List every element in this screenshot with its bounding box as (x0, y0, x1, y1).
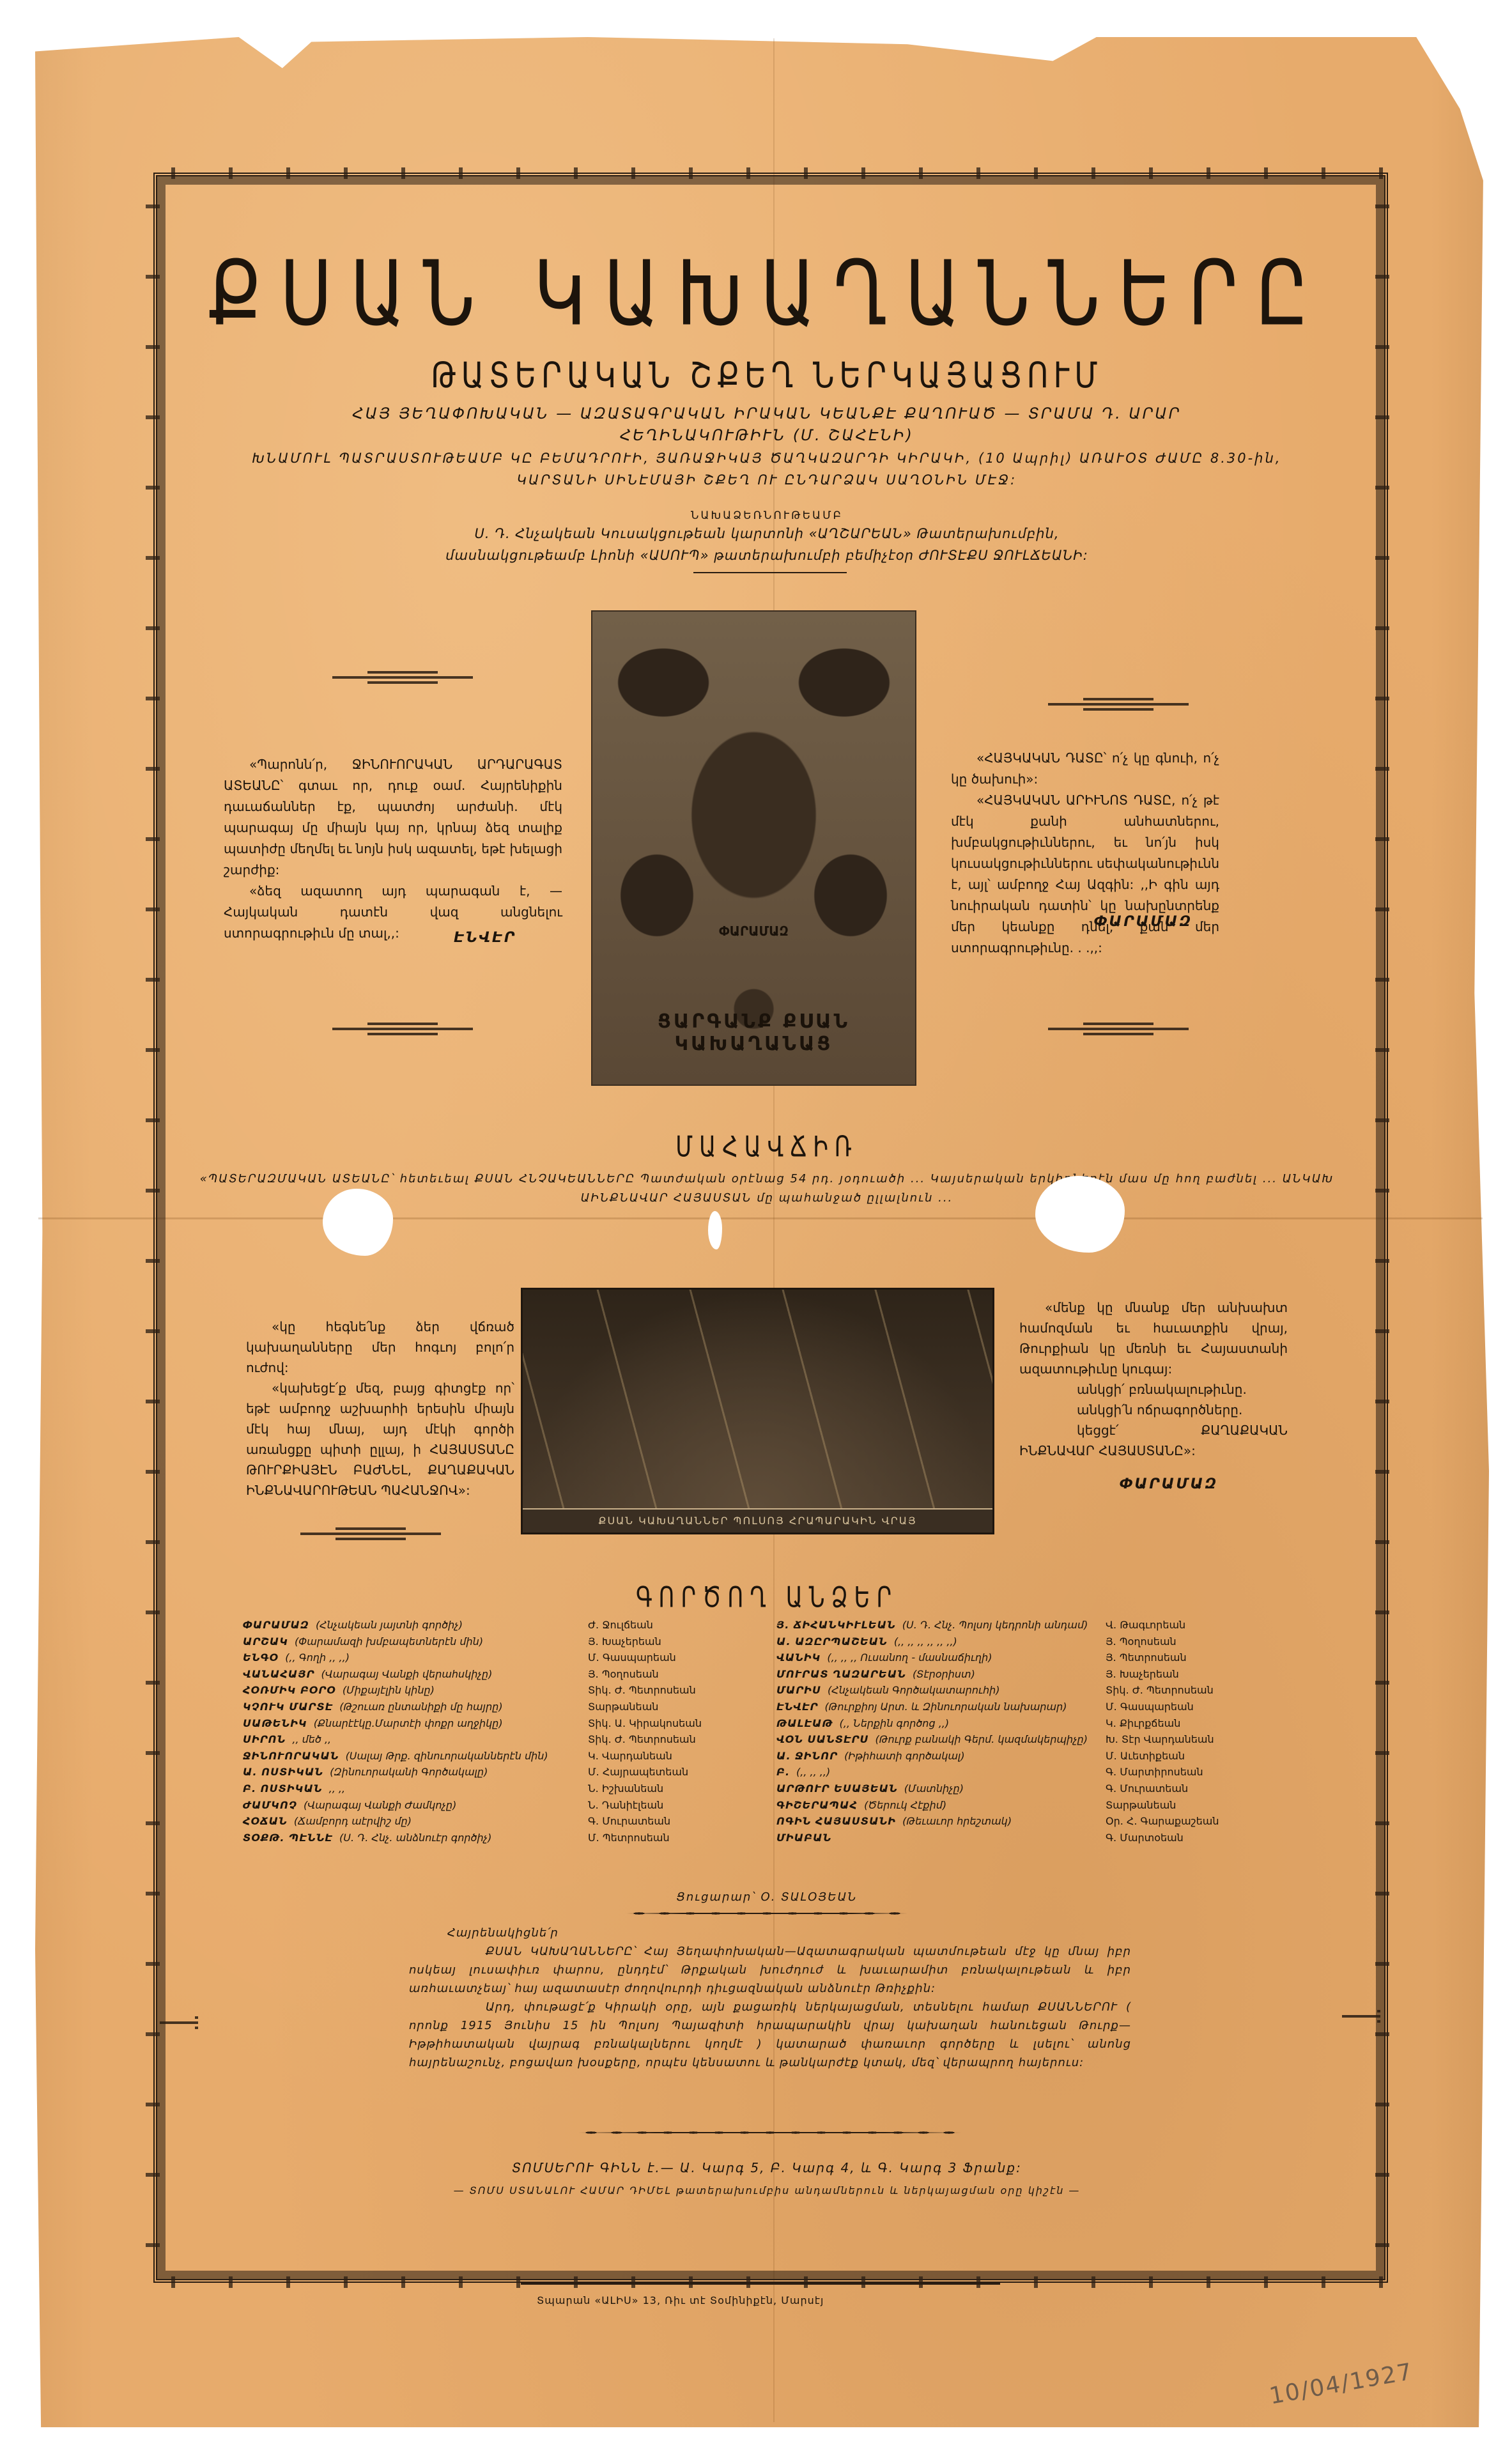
cast-role: ՏՕՔԹ. ՊԷՆՆԷ(Ս. Դ. Հնչ. անձնուէր գործիչ) (243, 1830, 588, 1846)
printer-imprint: Տպարան «ԱԼԻՍ» 13, Ռիւ տէ Տօմինիքէն, Մարս… (537, 2294, 824, 2306)
character-description: (Ծերուկ Հէքիմ) (864, 1799, 946, 1811)
character-description: (Ս. Դ. Հնչ. անձնուէր գործիչ) (339, 1832, 491, 1844)
cast-row: ՄԻԱԲԱՆԳ. Մարտօեան (776, 1830, 1219, 1846)
director-label: Ցուցարար՝ (677, 1890, 756, 1904)
actor-name: Մ. Գասպարեան (588, 1649, 676, 1666)
character-name: ԱՐՇԱԿ (243, 1635, 288, 1648)
actor-name: Գ. Մարտիրոսեան (1106, 1764, 1203, 1780)
genre-line-1: ՀԱՅ ՅԵՂԱՓՈԽԱԿԱՆ — ԱԶԱՏԱԳՐԱԿԱՆ ԻՐԱԿԱՆ ԿԵԱ… (153, 403, 1380, 424)
quote-top-left: «Պարոնն՛ր, ՋԻՆՈՒՈՐԱԿԱՆ ԱՐԴԱՐԱԳԱՏ ԱՏԵԱՆԸ՝… (224, 754, 562, 944)
character-name: ԷՆՎԷՐ (776, 1701, 818, 1713)
cast-heading: ԳՈՐԾՈՂ ԱՆՁԵՐ (153, 1581, 1380, 1614)
character-description: (Սալայ Թրք. զինուորականներէն մին) (346, 1750, 548, 1762)
cast-list-left: ՓԱՐԱՄԱԶ(Հնչակեան յայտնի գործիչ)Ժ. Ջուլճե… (243, 1617, 702, 1846)
character-description: ,, ,, (329, 1782, 345, 1795)
character-description: (Թուրք բանակի Գերմ. կազմակերպիչը) (875, 1733, 1088, 1745)
character-name: ԳԻՇԵՐԱՊԱՀ (776, 1799, 858, 1811)
cast-role: ՍԻՐՈՆ,, մեծ ,, (243, 1731, 588, 1748)
cast-role: ՀՕՃԱՆ(Ճամբորդ աէրվիշ մը) (243, 1813, 588, 1830)
cast-row: ԱՐՇԱԿ(Փարամազի խմբապետներէն մին)Յ. Խաչեր… (243, 1633, 702, 1650)
cast-role: ԵՆԳՕ(,, Գողի ,, ,,) (243, 1649, 588, 1666)
character-name: ԺԱՄԿՈՉ (243, 1799, 297, 1811)
character-description: (,, ,, ,,) (796, 1766, 830, 1778)
cast-role: ՄԻԱԲԱՆ (776, 1830, 1106, 1846)
character-name: ՀՕՌՄԻԿ ԲՕՐՕ (243, 1684, 336, 1696)
character-name: ՎԱՆԱՀԱՅՐ (243, 1668, 314, 1680)
torn-hole (708, 1211, 722, 1249)
character-description: (,, ,, ,, ,, ,, ,,) (894, 1635, 957, 1648)
actor-name: Ն. Դանիէլեան (588, 1797, 663, 1814)
cast-row: Ա. ՋԻՆՈՐ(Իթիհատի գործակալ)Մ. Աւետիքեան (776, 1748, 1219, 1765)
appeal-text: Հայրենակիցնե՛ր ՔՍԱՆ ԿԱԽԱՂԱՆՆԵՐԸ՝ Հայ Յեղ… (409, 1924, 1131, 2072)
cast-row: Յ. ՃԻՀԱՆԿԻՒԼԵԱՆ(Ս. Դ. Հնչ. Պոլսոյ կեդրոն… (776, 1617, 1219, 1633)
cast-row: Ա. ԱԶԸՐՊԱՇԵԱՆ(,, ,, ,, ,, ,, ,,)Յ. Պօղոս… (776, 1633, 1219, 1650)
quote-bottom-right: «մենք կը մնանք մեր անխախտ համոզման եւ հա… (1019, 1297, 1288, 1461)
character-name: Ա. ՋԻՆՈՐ (776, 1750, 838, 1762)
sponsors: Ս. Դ. Հնչակեան Կուսակցութեան կարտոնի «ԱՂ… (153, 523, 1380, 566)
portrait-collage-photo: ՓԱՐԱՄԱԶ ՑԱՐԳԱՆՔ ՔՍԱՆ ԿԱԽԱՂԱՆԱՑ (591, 610, 916, 1086)
character-name: Բ. (776, 1766, 790, 1778)
character-description: (Իթիհատի գործակալ) (844, 1750, 964, 1762)
flourish-divider (578, 2130, 962, 2135)
actor-name: Մ. Հայրապետեան (588, 1764, 688, 1780)
cast-row: Բ. ՈՍՏԻԿԱՆ,, ,,Ն. Իշխանեան (243, 1780, 702, 1797)
character-name: ՎԱՆԻԿ (776, 1651, 821, 1664)
actor-name: Գ. Մուրատեան (588, 1813, 670, 1830)
character-description: (Թշուառ ընտանիքի մը հայրը) (339, 1701, 502, 1713)
signature-paramaz: ՓԱՐԱՄԱԶ (1120, 1476, 1218, 1492)
dash-ornament (332, 1023, 473, 1035)
character-name: ՏՕՔԹ. ՊԷՆՆԷ (243, 1832, 333, 1844)
actor-name: Տիկ. Ժ. Պետրոսեան (588, 1731, 696, 1748)
gallows-photo: ՔՍԱՆ ԿԱԽԱՂԱՆՆԵՐ ՊՈԼՍՈՅ ՀՐԱՊԱՐԱԿԻՆ ՎՐԱՅ (521, 1288, 994, 1534)
ticket-prices: ՏՈՄՍԵՐՈՒ ԳԻՆՆ է.— Ա. Կարգ 5, Բ. Կարգ 4, … (153, 2160, 1380, 2175)
character-name: ՍԱԹԵՆԻԿ (243, 1717, 307, 1729)
character-name: ԱՐԹՈՒՐ ԵՍԱՅԵԱՆ (776, 1782, 898, 1795)
character-description: (,, Գողի ,, ,,) (285, 1651, 350, 1664)
cast-role: ԳԻՇԵՐԱՊԱՀ(Ծերուկ Հէքիմ) (776, 1797, 1106, 1814)
actor-name: Տիկ. Ա. Կիրակոսեան (588, 1715, 702, 1732)
cast-row: Ա. ՈՍՏԻԿԱՆ(Զինուորականի Գործակալը)Մ. Հայ… (243, 1764, 702, 1780)
character-description: ,, մեծ ,, (292, 1733, 331, 1745)
genre-line-2: ՀԵՂԻՆԱԿՈՒԹԻՒՆ (Մ. ՇԱՀԷՆԻ) (153, 424, 1380, 446)
cast-row: ՎԱՆԻԿ(,, ,, ,, Ուսանող - մասնաճիւղի)Յ. Պ… (776, 1649, 1219, 1666)
cast-row: ԷՆՎԷՐ(Թուրքիոյ Արտ. և Զինուորական նախարա… (776, 1699, 1219, 1715)
cast-role: ԱՐԹՈՒՐ ԵՍԱՅԵԱՆ(Մատնիչը) (776, 1780, 1106, 1797)
sponsor-line-1: Ս. Դ. Հնչակեան Կուսակցութեան կարտոնի «ԱՂ… (153, 523, 1380, 544)
cast-row: Բ.(,, ,, ,,)Գ. Մարտիրոսեան (776, 1764, 1219, 1780)
cast-list-right: Յ. ՃԻՀԱՆԿԻՒԼԵԱՆ(Ս. Դ. Հնչ. Պոլսոյ կեդրոն… (776, 1617, 1219, 1846)
dash-ornament (1048, 1023, 1189, 1035)
character-description: (Ճամբորդ աէրվիշ մը) (294, 1815, 412, 1827)
actor-name: Յ. Պօղոսեան (588, 1666, 659, 1683)
cast-role: ՄԱՐԻՍ(Հնչակեան Գործակատարուհի) (776, 1682, 1106, 1699)
collage-banner: ՑԱՐԳԱՆՔ ՔՍԱՆ ԿԱԽԱՂԱՆԱՑ (592, 1010, 915, 1055)
director-credit: Ցուցարար՝ Օ. ՏԱԼՕՅԵԱՆ (153, 1890, 1380, 1904)
cast-row: ՀՕՃԱՆ(Ճամբորդ աէրվիշ մը)Գ. Մուրատեան (243, 1813, 702, 1830)
cast-row: ՎԱՆԱՀԱՅՐ(Վարագայ Վանքի վերահսկիչը)Յ. Պօղ… (243, 1666, 702, 1683)
cast-role: Ա. ՋԻՆՈՐ(Իթիհատի գործակալ) (776, 1748, 1106, 1765)
cast-role: ՀՕՌՄԻԿ ԲՕՐՕ(Միքայէլին կինը) (243, 1682, 588, 1699)
cast-role: ՎԱՆԻԿ(,, ,, ,, Ուսանող - մասնաճիւղի) (776, 1649, 1106, 1666)
character-name: ԿՉՈՒԿ ՄԱՐՏԷ (243, 1701, 333, 1713)
cast-role: ՍԱԹԵՆԻԿ(Քնարէէկը.Մարտէի փոքր աղջիկը) (243, 1715, 588, 1732)
center-portrait-name: ՓԱՐԱՄԱԶ (592, 923, 915, 939)
cast-row: ՏՕՔԹ. ՊԷՆՆԷ(Ս. Դ. Հնչ. անձնուէր գործիչ)Մ… (243, 1830, 702, 1846)
cast-role: ՎԱՆԱՀԱՅՐ(Վարագայ Վանքի վերահսկիչը) (243, 1666, 588, 1683)
cast-role: ՄՈՒՐԱՏ ՂԱԶԱՐԵԱՆ(Տէրօրիստ) (776, 1666, 1106, 1683)
poster-title: ՔՍԱՆ ԿԱԽԱՂԱՆՆԵՐԸ (153, 242, 1380, 346)
character-description: (Քնարէէկը.Մարտէի փոքր աղջիկը) (314, 1717, 503, 1729)
signature-enver: ԷՆՎԷՐ (454, 930, 516, 946)
announce-line-1: ԽՆԱՄՈՒԼ ՊԱՏՐԱՍՏՈՒԹԵԱՄԲ ԿԸ ԲԵՄԱԴՐՈՒԻ, ՅԱՌ… (153, 447, 1380, 469)
character-description: (Հնչակեան Գործակատարուհի) (828, 1684, 1000, 1696)
character-name: Ա. ԱԶԸՐՊԱՇԵԱՆ (776, 1635, 888, 1648)
character-description: (Միքայէլին կինը) (343, 1684, 435, 1696)
cast-role: ԷՆՎԷՐ(Թուրքիոյ Արտ. և Զինուորական նախարա… (776, 1699, 1106, 1715)
character-description: (Զինուորականի Գործակալը) (330, 1766, 488, 1778)
cast-role: Ա. ԱԶԸՐՊԱՇԵԱՆ(,, ,, ,, ,, ,, ,,) (776, 1633, 1106, 1650)
cast-role: ԺԱՄԿՈՉ(Վարագայ Վանքի Ժամկոչը) (243, 1797, 588, 1814)
character-name: ՄԱՐԻՍ (776, 1684, 821, 1696)
actor-name: Յ. Խաչերեան (588, 1633, 661, 1650)
dash-ornament (332, 671, 473, 684)
cast-row: ՎՕՆ ՍԱՆՏԷՐՍ(Թուրք բանակի Գերմ. կազմակերպ… (776, 1731, 1219, 1748)
actor-name: Ժ. Ջուլճեան (588, 1617, 653, 1633)
header-divider (693, 572, 847, 573)
dash-ornament (300, 1527, 441, 1540)
cast-role: ՓԱՐԱՄԱԶ(Հնչակեան յայտնի գործիչ) (243, 1617, 588, 1633)
character-name: ՀՕՃԱՆ (243, 1815, 288, 1827)
actor-name: Գ. Մարտօեան (1106, 1830, 1184, 1846)
character-description: (,, Ներքին գործոց ,,) (840, 1717, 950, 1729)
character-name: ՍԻՐՈՆ (243, 1733, 286, 1745)
actor-name: Խ. Տէր Վարդանեան (1106, 1731, 1214, 1748)
cast-row: ՍԻՐՈՆ,, մեծ ,,Տիկ. Ժ. Պետրոսեան (243, 1731, 702, 1748)
cast-role: ՎՕՆ ՍԱՆՏԷՐՍ(Թուրք բանակի Գերմ. կազմակերպ… (776, 1731, 1106, 1748)
cast-row: ԵՆԳՕ(,, Գողի ,, ,,)Մ. Գասպարեան (243, 1649, 702, 1666)
cast-role: ԱՐՇԱԿ(Փարամազի խմբապետներէն մին) (243, 1633, 588, 1650)
signature-paramaz: ՓԱՐԱՄԱԶ (1094, 914, 1192, 930)
actor-name: Յ. Պօղոսեան (1106, 1633, 1176, 1650)
cast-role: Ա. ՈՍՏԻԿԱՆ(Զինուորականի Գործակալը) (243, 1764, 588, 1780)
appeal-paragraph: Արդ, փութացէ՛ք Կիրակի օրը, այն քացառիկ ն… (409, 1998, 1131, 2072)
cast-row: ՍԱԹԵՆԻԿ(Քնարէէկը.Մարտէի փոքր աղջիկը)Տիկ.… (243, 1715, 702, 1732)
character-description: (,, ,, ,, Ուսանող - մասնաճիւղի) (827, 1651, 992, 1664)
character-description: (Ս. Դ. Հնչ. Պոլսոյ կեդրոնի անդամ) (902, 1619, 1088, 1631)
cast-row: ՄՈՒՐԱՏ ՂԱԶԱՐԵԱՆ(Տէրօրիստ)Յ. Խաչերեան (776, 1666, 1219, 1683)
actor-name: Տարթանեան (588, 1699, 658, 1715)
sponsor-line-2: մասնակցութեամբ Լիոնի «ԱՍՈՒՊ» թատերախումբ… (153, 544, 1380, 566)
cast-row: ՄԱՐԻՍ(Հնչակեան Գործակատարուհի)Տիկ. Ժ. Պե… (776, 1682, 1219, 1699)
character-name: ՈԳԻՆ ՀԱՅԱՍՏԱՆԻ (776, 1815, 896, 1827)
character-description: (Փարամազի խմբապետներէն մին) (295, 1635, 483, 1648)
ticket-note: — ՏՈՄՍ ՍՏԱՆԱԼՈՒ ՀԱՄԱՐ ԴԻՄԵԼ թատերախումբի… (153, 2184, 1380, 2197)
character-description: (Մատնիչը) (904, 1782, 964, 1795)
footer-rule (521, 2283, 1000, 2285)
actor-name: Վ. Թագւորեան (1106, 1617, 1185, 1633)
quote-paragraph: անկցի՛ բռնակալութիւնը. (1019, 1379, 1288, 1400)
actor-name: Մ. Գասպարեան (1106, 1699, 1194, 1715)
cast-row: ՈԳԻՆ ՀԱՅԱՍՏԱՆԻ(Թեւաւոր հրեշտակ)Օր. Հ. Գա… (776, 1813, 1219, 1830)
character-description: (Թեւաւոր հրեշտակ) (902, 1815, 1012, 1827)
actor-name: Գ. Մուրատեան (1106, 1780, 1188, 1797)
announce-line-2: ԿԱՐՏԱՆԻ ՍԻՆԷՄԱՅԻ ՇՔԵՂ ՈՒ ԸՆԴԱՐՁԱԿ ՍԱՂՕՆԻ… (153, 469, 1380, 491)
quote-paragraph: «ՀԱՅԿԱԿԱՆ ԱՐԻՒՆՈՏ ԴԱՏԸ, ո՛չ թէ մէկ քանի … (951, 790, 1219, 959)
announcement: ԽՆԱՄՈՒԼ ՊԱՏՐԱՍՏՈՒԹԵԱՄԲ ԿԸ ԲԵՄԱԴՐՈՒԻ, ՅԱՌ… (153, 447, 1380, 491)
character-name: ՓԱՐԱՄԱԶ (243, 1619, 309, 1631)
cast-row: ԱՐԹՈՒՐ ԵՍԱՅԵԱՆ(Մատնիչը)Գ. Մուրատեան (776, 1780, 1219, 1797)
actor-name: Յ. Պետրոսեան (1106, 1649, 1187, 1666)
actor-name: Մ. Աւետիքեան (1106, 1748, 1185, 1765)
quote-paragraph: «ՀԱՅԿԱԿԱՆ ԴԱՏԸ՝ ո՛չ կը գնուի, ո՛չ կը ծախ… (951, 748, 1219, 790)
cast-row: ԳԻՇԵՐԱՊԱՀ(Ծերուկ Հէքիմ)Տարթանեան (776, 1797, 1219, 1814)
appeal-greeting: Հայրենակիցնե՛ր (409, 1924, 1131, 1942)
character-description: (Տէրօրիստ) (913, 1668, 975, 1680)
prologue-heading: ՄԱՀԱՎՃԻՌ (153, 1131, 1380, 1164)
actor-name: Կ. Վարդանեան (588, 1748, 672, 1765)
cast-row: ԺԱՄԿՈՉ(Վարագայ Վանքի Ժամկոչը)Ն. Դանիէլեա… (243, 1797, 702, 1814)
character-name: ԹԱԼԷԱԹ (776, 1717, 833, 1729)
side-ornament (160, 2016, 198, 2029)
cast-row: ԹԱԼԷԱԹ(,, Ներքին գործոց ,,)Կ. Քիւրքճեան (776, 1715, 1219, 1732)
cast-role: Բ. ՈՍՏԻԿԱՆ,, ,, (243, 1780, 588, 1797)
cast-row: ՀՕՌՄԻԿ ԲՕՐՕ(Միքայէլին կինը)Տիկ. Ժ. Պետրո… (243, 1682, 702, 1699)
quote-bottom-left: «կը հեգնե՛նք ձեր վճռած կախաղանները մեր հ… (246, 1317, 514, 1501)
character-name: Ա. ՈՍՏԻԿԱՆ (243, 1766, 323, 1778)
side-ornament (1342, 2010, 1380, 2023)
character-name: ՎՕՆ ՍԱՆՏԷՐՍ (776, 1733, 868, 1745)
actor-name: Տիկ. Ժ. Պետրոսեան (1106, 1682, 1214, 1699)
quote-paragraph: անկցի՛ն ոճրագործները. (1019, 1400, 1288, 1420)
character-name: ՋԻՆՈՒՈՐԱԿԱՆ (243, 1750, 339, 1762)
cast-role: ԹԱԼԷԱԹ(,, Ներքին գործոց ,,) (776, 1715, 1106, 1732)
cast-row: ԿՉՈՒԿ ՄԱՐՏԷ(Թշուառ ընտանիքի մը հայրը)Տար… (243, 1699, 702, 1715)
cast-role: ՈԳԻՆ ՀԱՅԱՍՏԱՆԻ(Թեւաւոր հրեշտակ) (776, 1813, 1106, 1830)
dash-ornament (1048, 698, 1189, 711)
poster-subtitle: ԹԱՏԵՐԱԿԱՆ ՇՔԵՂ ՆԵՐԿԱՅԱՑՈՒՄ (153, 355, 1380, 396)
genre-line: ՀԱՅ ՅԵՂԱՓՈԽԱԿԱՆ — ԱԶԱՏԱԳՐԱԿԱՆ ԻՐԱԿԱՆ ԿԵԱ… (153, 403, 1380, 446)
cast-role: Բ.(,, ,, ,,) (776, 1764, 1106, 1780)
actor-name: Մ. Պետրոսեան (588, 1830, 670, 1846)
actor-name: Կ. Քիւրքճեան (1106, 1715, 1180, 1732)
actor-name: Օր. Հ. Գարաքաշեան (1106, 1813, 1219, 1830)
appeal-paragraph: ՔՍԱՆ ԿԱԽԱՂԱՆՆԵՐԸ՝ Հայ Յեղափոխական—Ազատագ… (409, 1942, 1131, 1998)
character-name: ԵՆԳՕ (243, 1651, 279, 1664)
director-name: Օ. ՏԱԼՕՅԵԱՆ (760, 1890, 857, 1904)
actor-name: Տիկ. Ժ. Պետրոսեան (588, 1682, 696, 1699)
cast-role: ՋԻՆՈՒՈՐԱԿԱՆ(Սալայ Թրք. զինուորականներէն … (243, 1748, 588, 1765)
quote-paragraph: «Պարոնն՛ր, ՋԻՆՈՒՈՐԱԿԱՆ ԱՐԴԱՐԱԳԱՏ ԱՏԵԱՆԸ՝… (224, 754, 562, 881)
character-name: Յ. ՃԻՀԱՆԿԻՒԼԵԱՆ (776, 1619, 896, 1631)
quote-paragraph: «կախեցէ՛ք մեզ, բայց գիտցէք որ՝ եթէ ամբող… (246, 1378, 514, 1501)
actor-name: Տարթանեան (1106, 1797, 1176, 1814)
quote-paragraph: կեցցէ՛ ՔԱՂԱՔԱԿԱՆ ԻՆՔՆԱՎԱՐ ՀԱՅԱՍՏԱՆԸ»: (1019, 1420, 1288, 1461)
quote-paragraph: «մենք կը մնանք մեր անխախտ համոզման եւ հա… (1019, 1297, 1288, 1379)
flourish-divider (626, 1911, 907, 1916)
cast-role: ԿՉՈՒԿ ՄԱՐՏԷ(Թշուառ ընտանիքի մը հայրը) (243, 1699, 588, 1715)
character-description: (Թուրքիոյ Արտ. և Զինուորական նախարար) (824, 1701, 1067, 1713)
gallows-photo-caption: ՔՍԱՆ ԿԱԽԱՂԱՆՆԵՐ ՊՈԼՍՈՅ ՀՐԱՊԱՐԱԿԻՆ ՎՐԱՅ (523, 1508, 992, 1533)
character-description: (Հնչակեան յայտնի գործիչ) (316, 1619, 463, 1631)
cast-row: ՋԻՆՈՒՈՐԱԿԱՆ(Սալայ Թրք. զինուորականներէն … (243, 1748, 702, 1765)
character-description: (Վարագայ Վանքի վերահսկիչը) (321, 1668, 492, 1680)
quote-paragraph: «կը հեգնե՛նք ձեր վճռած կախաղանները մեր հ… (246, 1317, 514, 1378)
actor-name: Յ. Խաչերեան (1106, 1666, 1179, 1683)
cast-row: ՓԱՐԱՄԱԶ(Հնչակեան յայտնի գործիչ)Ժ. Ջուլճե… (243, 1617, 702, 1633)
character-name: ՄՈՒՐԱՏ ՂԱԶԱՐԵԱՆ (776, 1668, 906, 1680)
character-description: (Վարագայ Վանքի Ժամկոչը) (304, 1799, 456, 1811)
character-name: Բ. ՈՍՏԻԿԱՆ (243, 1782, 323, 1795)
actor-name: Ն. Իշխանեան (588, 1780, 663, 1797)
character-name: ՄԻԱԲԱՆ (776, 1832, 831, 1844)
cast-role: Յ. ՃԻՀԱՆԿԻՒԼԵԱՆ(Ս. Դ. Հնչ. Պոլսոյ կեդրոն… (776, 1617, 1106, 1633)
